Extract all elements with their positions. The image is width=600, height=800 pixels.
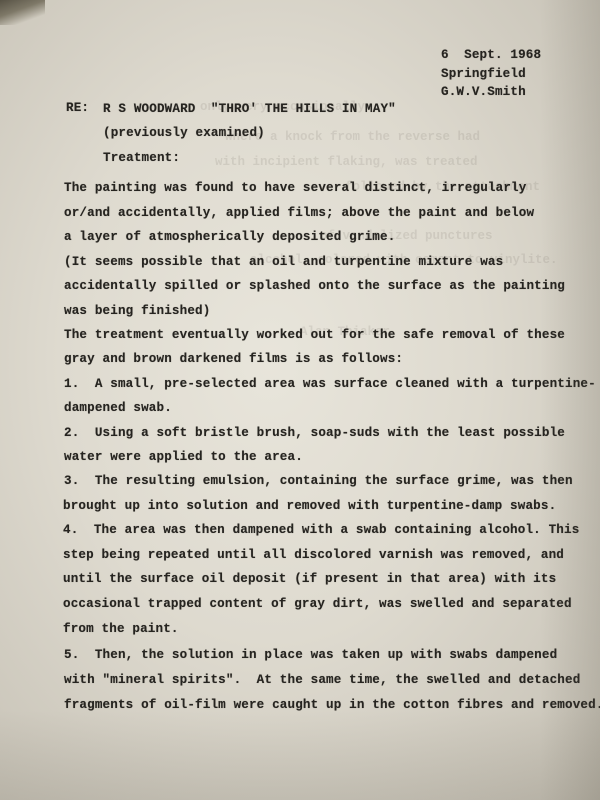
body-line: until the surface oil deposit (if presen… xyxy=(63,571,556,587)
body-line: The treatment eventually worked out for … xyxy=(64,327,565,343)
body-line: from the paint. xyxy=(63,621,179,637)
re-note: (previously examined) xyxy=(103,125,265,141)
body-line: brought up into solution and removed wit… xyxy=(63,498,556,514)
typed-letter-page: only very occasionally where a knock fro… xyxy=(0,0,600,800)
body-line: 1. A small, pre-selected area was surfac… xyxy=(64,376,596,392)
body-line: occasional trapped content of gray dirt,… xyxy=(63,596,572,612)
body-line: or/and accidentally, applied films; abov… xyxy=(64,205,534,221)
letter-author: G.W.V.Smith xyxy=(441,84,526,100)
body-line: step being repeated until all discolored… xyxy=(63,547,564,563)
letter-place: Springfield xyxy=(441,66,526,82)
body-line: The painting was found to have several d… xyxy=(64,180,526,196)
body-line: water were applied to the area. xyxy=(64,449,303,465)
show-through-text: with incipient flaking, was treated xyxy=(215,155,478,169)
body-line: 2. Using a soft bristle brush, soap-suds… xyxy=(64,425,565,441)
body-line: was being finished) xyxy=(64,303,210,319)
letter-date: 6 Sept. 1968 xyxy=(441,47,541,63)
body-line: 5. Then, the solution in place was taken… xyxy=(64,647,557,663)
body-line: accidentally spilled or splashed onto th… xyxy=(64,278,565,294)
page-bottom-shadow xyxy=(0,710,600,800)
body-line: a layer of atmospherically deposited gri… xyxy=(64,229,395,245)
body-line: with "mineral spirits". At the same time… xyxy=(64,672,580,688)
re-subject: R S WOODWARD "THRO' THE HILLS IN MAY" xyxy=(103,101,396,117)
section-heading: Treatment: xyxy=(103,150,180,166)
page-corner-shadow xyxy=(0,0,45,25)
body-line: 4. The area was then dampened with a swa… xyxy=(63,522,579,538)
body-line: dampened swab. xyxy=(64,400,172,416)
re-label: RE: xyxy=(66,100,89,116)
body-line: (It seems possible that an oil and turpe… xyxy=(64,254,503,270)
body-line: 3. The resulting emulsion, containing th… xyxy=(64,473,573,489)
body-line: gray and brown darkened films is as foll… xyxy=(64,351,403,367)
page-edge-shadow xyxy=(540,0,600,800)
